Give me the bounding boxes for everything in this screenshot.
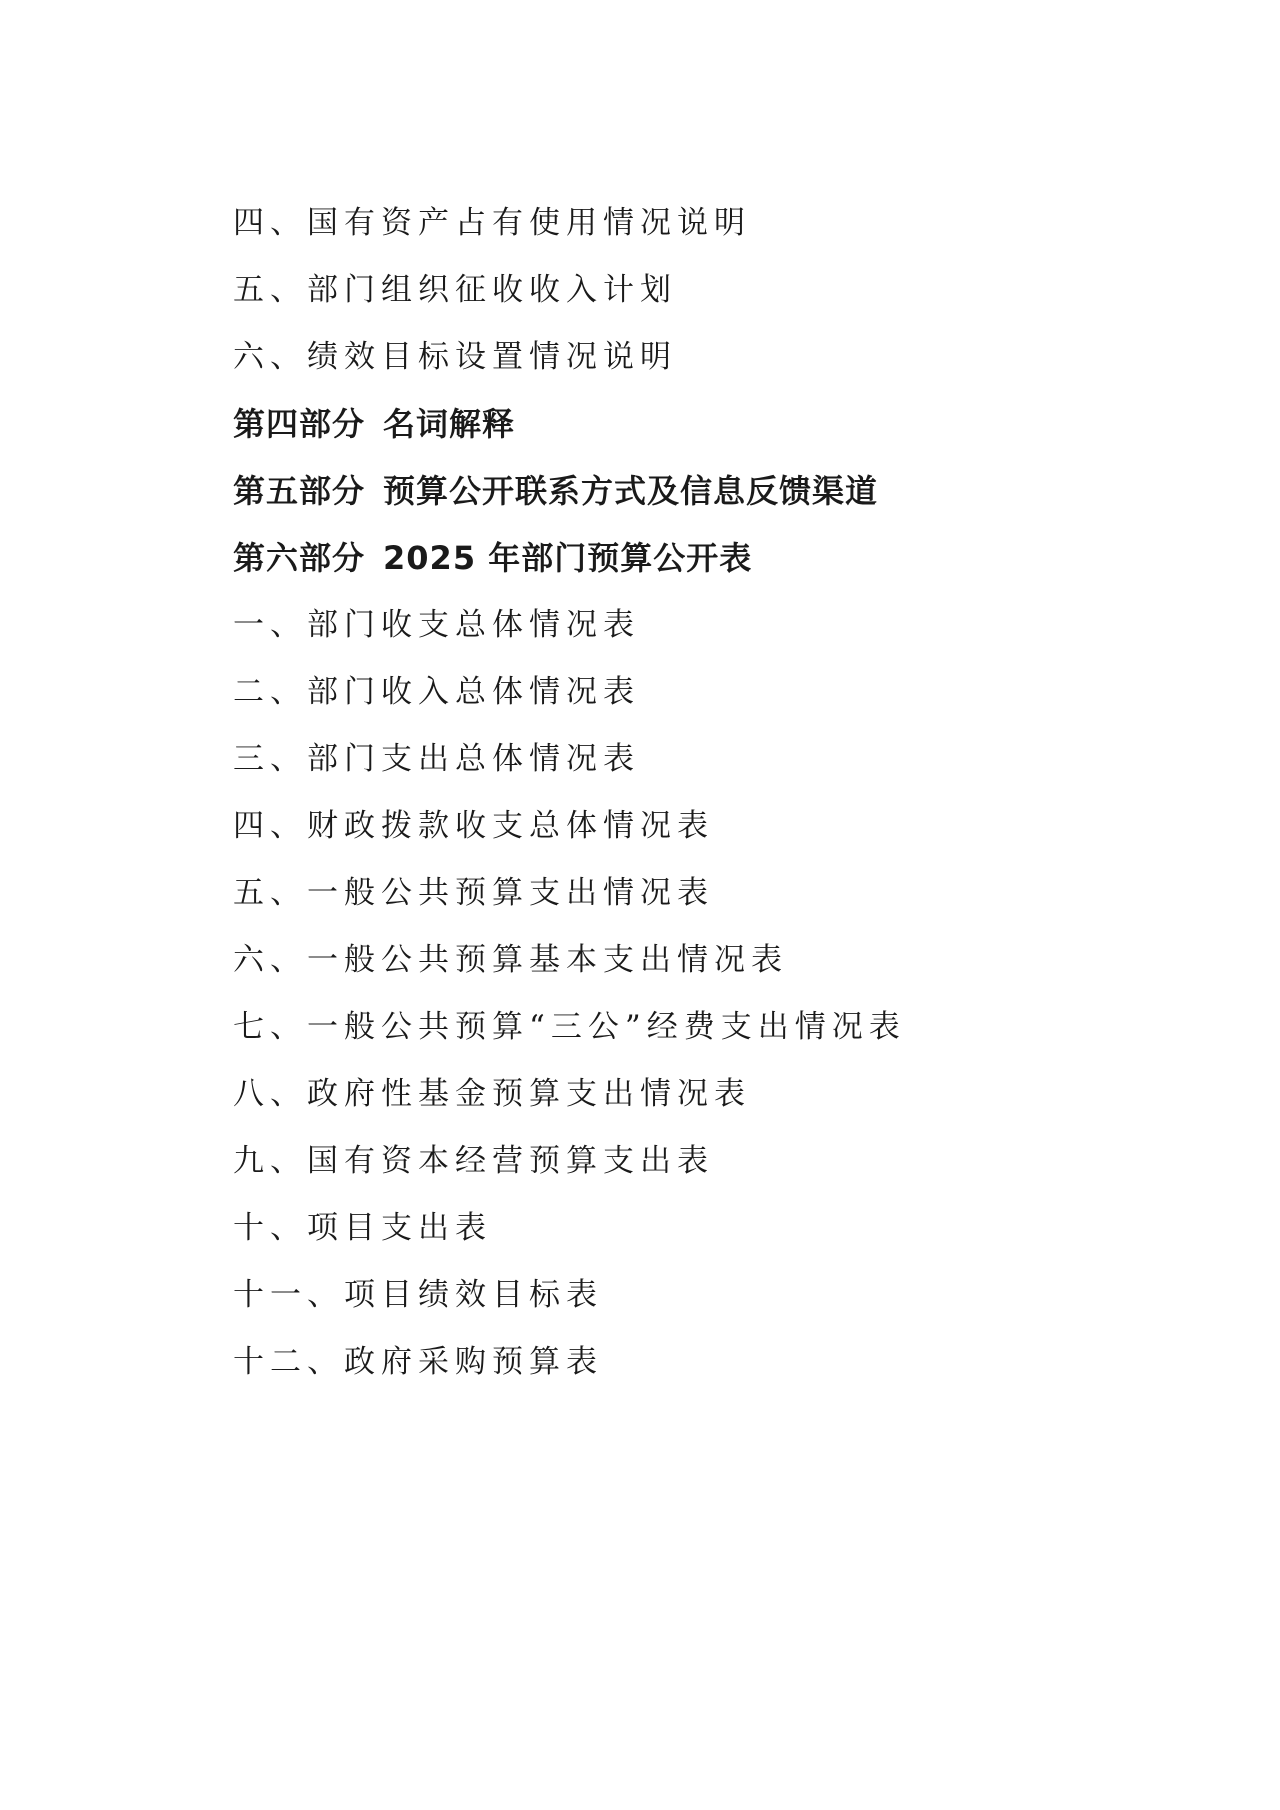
toc-item-number: 九、 [233, 1143, 307, 1179]
toc-item-number: 一、 [233, 607, 307, 643]
toc-item-number: 十、 [233, 1210, 307, 1246]
toc-item-title: 部门组织征收收入计划 [307, 272, 677, 308]
document-page: 四、国有资产占有使用情况说明 五、部门组织征收收入计划 六、绩效目标设置情况说明… [0, 0, 1280, 1810]
toc-item: 八、政府性基金预算支出情况表 [233, 1061, 1133, 1128]
toc-item: 六、一般公共预算基本支出情况表 [233, 927, 1133, 994]
toc-part-heading: 第五部分预算公开联系方式及信息反馈渠道 [233, 458, 1133, 525]
toc-item-title: 政府性基金预算支出情况表 [307, 1076, 751, 1112]
toc-item-title: 部门支出总体情况表 [307, 741, 640, 777]
toc-item-title: 一般公共预算基本支出情况表 [307, 942, 788, 978]
toc-item: 一、部门收支总体情况表 [233, 592, 1133, 659]
toc-item-number: 五、 [233, 875, 307, 911]
toc-item: 二、部门收入总体情况表 [233, 659, 1133, 726]
part-number: 第六部分 [233, 539, 365, 577]
toc-item-number: 六、 [233, 339, 307, 375]
toc-item: 六、绩效目标设置情况说明 [233, 324, 1133, 391]
toc-part-heading: 第六部分2025 年部门预算公开表 [233, 525, 1133, 592]
toc-item-title: 绩效目标设置情况说明 [307, 339, 677, 375]
toc-item: 五、一般公共预算支出情况表 [233, 860, 1133, 927]
toc-item-number: 十二、 [233, 1344, 344, 1380]
part-title: 名词解释 [383, 405, 515, 443]
toc-item-title: 国有资产占有使用情况说明 [307, 205, 751, 241]
part-title: 2025 年部门预算公开表 [383, 539, 752, 577]
toc-item-number: 四、 [233, 205, 307, 241]
toc-item-number: 二、 [233, 674, 307, 710]
toc-item-number: 十一、 [233, 1277, 344, 1313]
toc-item-title: 项目绩效目标表 [344, 1277, 603, 1313]
toc-item-number: 七、 [233, 1009, 307, 1045]
toc-item-title: 部门收入总体情况表 [307, 674, 640, 710]
toc-item-title: 一般公共预算支出情况表 [307, 875, 714, 911]
toc-item: 五、部门组织征收收入计划 [233, 257, 1133, 324]
part-title: 预算公开联系方式及信息反馈渠道 [383, 472, 878, 510]
toc-item-number: 八、 [233, 1076, 307, 1112]
toc-item: 四、财政拨款收支总体情况表 [233, 793, 1133, 860]
toc-item-number: 四、 [233, 808, 307, 844]
toc-item-number: 六、 [233, 942, 307, 978]
toc-part-heading: 第四部分名词解释 [233, 391, 1133, 458]
part-number: 第五部分 [233, 472, 365, 510]
toc-item-title: 部门收支总体情况表 [307, 607, 640, 643]
toc-item-title: 项目支出表 [307, 1210, 492, 1246]
toc-item-number: 三、 [233, 741, 307, 777]
toc-item: 四、国有资产占有使用情况说明 [233, 190, 1133, 257]
toc-item-title: 一般公共预算“三公”经费支出情况表 [307, 1009, 906, 1045]
toc-item: 十一、项目绩效目标表 [233, 1262, 1133, 1329]
table-of-contents: 四、国有资产占有使用情况说明 五、部门组织征收收入计划 六、绩效目标设置情况说明… [233, 190, 1133, 1396]
toc-item: 七、一般公共预算“三公”经费支出情况表 [233, 994, 1133, 1061]
toc-item-number: 五、 [233, 272, 307, 308]
toc-item: 九、国有资本经营预算支出表 [233, 1128, 1133, 1195]
toc-item-title: 国有资本经营预算支出表 [307, 1143, 714, 1179]
toc-item-title: 政府采购预算表 [344, 1344, 603, 1380]
part-number: 第四部分 [233, 405, 365, 443]
toc-item: 十、项目支出表 [233, 1195, 1133, 1262]
toc-item: 十二、政府采购预算表 [233, 1329, 1133, 1396]
toc-item-title: 财政拨款收支总体情况表 [307, 808, 714, 844]
toc-item: 三、部门支出总体情况表 [233, 726, 1133, 793]
